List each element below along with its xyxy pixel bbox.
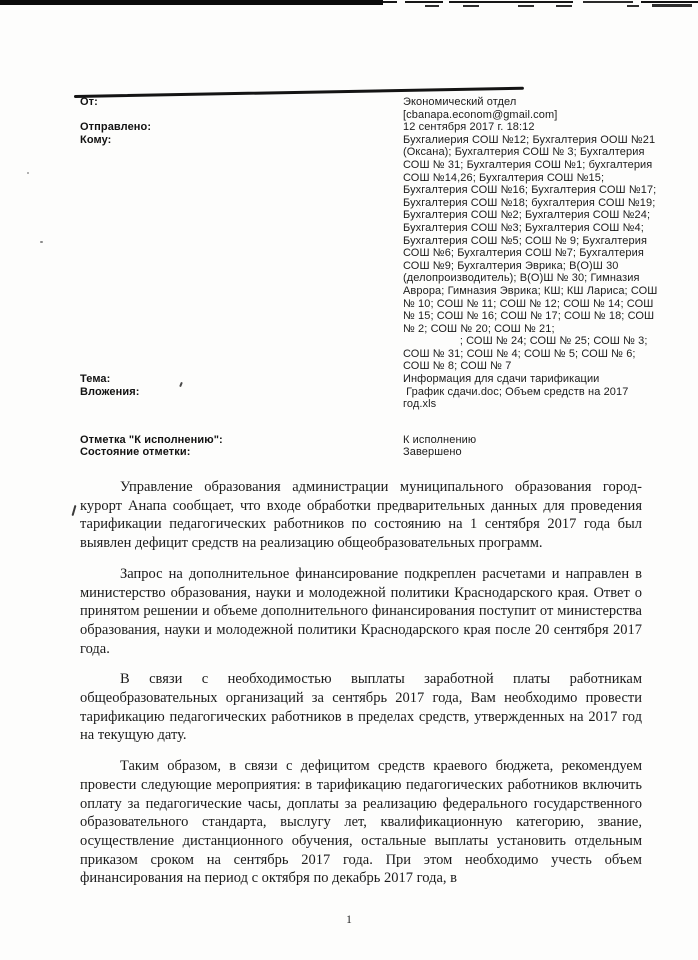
body-paragraph-1: Управление образования администрации мун… [80,478,642,553]
scan-artifact-dash [425,5,439,7]
header-row-subject: Тема: Информация для сдачи тарификации [80,373,692,386]
subject-label: Тема: [80,373,403,386]
attachments-label: Вложения: [80,386,403,399]
from-value: Экономический отдел[cbanapa.econom@gmail… [403,96,692,121]
flag-status-label: Состояние отметки: [80,446,403,459]
to-value: Бухгалиерия СОШ №12; Бухгалтерия ООШ №21… [403,134,692,373]
email-header: От: Экономический отдел[cbanapa.econom@g… [80,96,692,459]
scan-artifact-dash [556,5,572,7]
page-number: 1 [0,914,698,926]
header-row-sent: Отправлено: 12 сентября 2017 г. 18:12 [80,121,692,134]
header-row-from: От: Экономический отдел[cbanapa.econom@g… [80,96,692,121]
header-row-to: Кому: Бухгалиерия СОШ №12; Бухгалтерия О… [80,134,692,373]
letter-body: Управление образования администрации мун… [80,478,642,900]
attachments-value: График сдачи.doc; Объем средств на 2017г… [403,386,692,411]
scan-artifact-top-line [383,1,698,3]
header-row-flag: Отметка "К исполнению": К исполнению [80,434,692,447]
sent-value: 12 сентября 2017 г. 18:12 [403,121,692,134]
scan-artifact-dash [627,5,639,7]
scan-artifact-speck [40,241,43,243]
scan-artifact-dash [652,4,692,7]
from-label: От: [80,96,403,109]
body-paragraph-3: В связи с необходимостью выплаты заработ… [80,670,642,745]
scan-artifact-dash [463,5,479,7]
scan-artifact-top-bar [0,0,383,5]
sent-label: Отправлено: [80,121,403,134]
header-row-flag-status: Состояние отметки: Завершено [80,446,692,459]
to-label: Кому: [80,134,403,147]
header-row-attachments: Вложения: График сдачи.doc; Объем средст… [80,386,692,411]
body-paragraph-4: Таким образом, в связи с дефицитом средс… [80,757,642,888]
scan-artifact-speck [27,172,29,174]
scan-artifact-speck [72,505,77,516]
scan-artifact-dash [518,5,534,7]
body-paragraph-2: Запрос на дополнительное финансирование … [80,565,642,659]
flag-status-value: Завершено [403,446,692,459]
flag-value: К исполнению [403,434,692,447]
flag-label: Отметка "К исполнению": [80,434,403,447]
subject-value: Информация для сдачи тарификации [403,373,692,386]
scanned-email-document-page: От: Экономический отдел[cbanapa.econom@g… [0,0,698,960]
